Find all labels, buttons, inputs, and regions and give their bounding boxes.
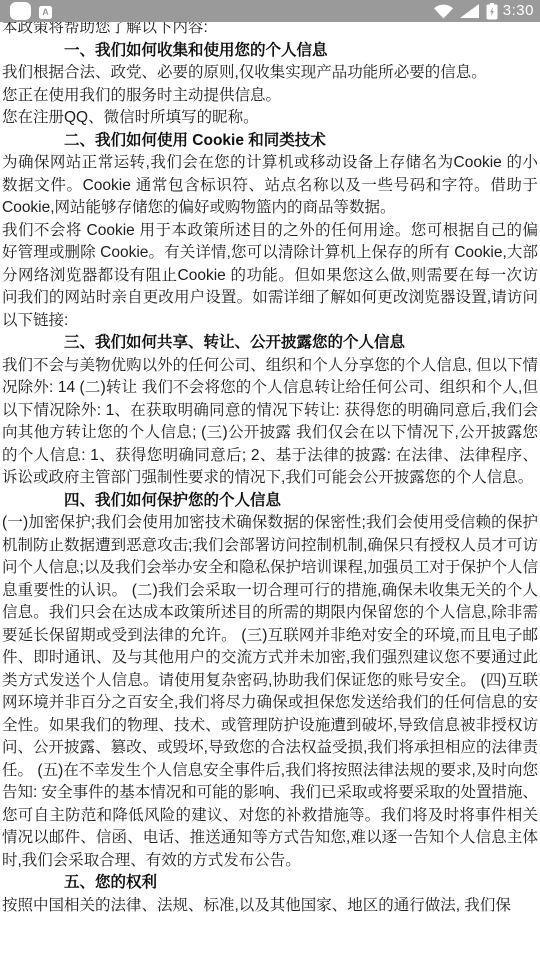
paragraph: 您正在使用我们的服务时主动提供信息。 (2, 85, 538, 108)
section-4-heading: 四、我们如何保护您的个人信息 (2, 490, 538, 513)
paragraph: (一)加密保护;我们会使用加密技术确保数据的保密性;我们会使用受信赖的保护机制防… (2, 512, 538, 872)
privacy-policy-document[interactable]: 本政策将帮助您了解以下内容: 一、我们如何收集和使用您的个人信息 我们根据合法、… (0, 0, 540, 960)
status-clock: 3:30 (503, 0, 534, 22)
section-5-heading: 五、您的权利 (2, 872, 538, 895)
paragraph: 我们不会将 Cookie 用于本政策所述目的之外的任何用途。您可根据自己的偏好管… (2, 220, 538, 333)
status-bar-system: 3:30 (433, 0, 540, 22)
status-bar-notifications: A (0, 0, 52, 22)
cellular-signal-icon (460, 4, 479, 18)
app-screen: 本政策将帮助您了解以下内容: 一、我们如何收集和使用您的个人信息 我们根据合法、… (0, 0, 540, 960)
notification-square-icon (10, 2, 31, 20)
section-1-heading: 一、我们如何收集和使用您的个人信息 (2, 40, 538, 63)
input-a-icon-letter: A (42, 8, 49, 17)
paragraph: 我们不会与美物优购以外的任何公司、组织和个人分享您的个人信息, 但以下情况除外:… (2, 355, 538, 490)
wifi-icon (433, 4, 454, 19)
input-a-icon: A (39, 6, 52, 19)
paragraph: 为确保网站正常运转,我们会在您的计算机或移动设备上存储名为Cookie 的小数据… (2, 152, 538, 220)
status-bar: A 3:30 (0, 0, 540, 22)
paragraph: 按照中国相关的法律、法规、标准,以及其他国家、地区的通行做法, 我们保 (2, 895, 538, 918)
battery-charging-icon (486, 3, 498, 20)
section-3-heading: 三、我们如何共享、转让、公开披露您的个人信息 (2, 332, 538, 355)
paragraph: 您在注册QQ、微信时所填写的昵称。 (2, 107, 538, 130)
section-2-heading: 二、我们如何使用 Cookie 和同类技术 (2, 130, 538, 153)
paragraph: 我们根据合法、政党、必要的原则,仅收集实现产品功能所必要的信息。 (2, 62, 538, 85)
